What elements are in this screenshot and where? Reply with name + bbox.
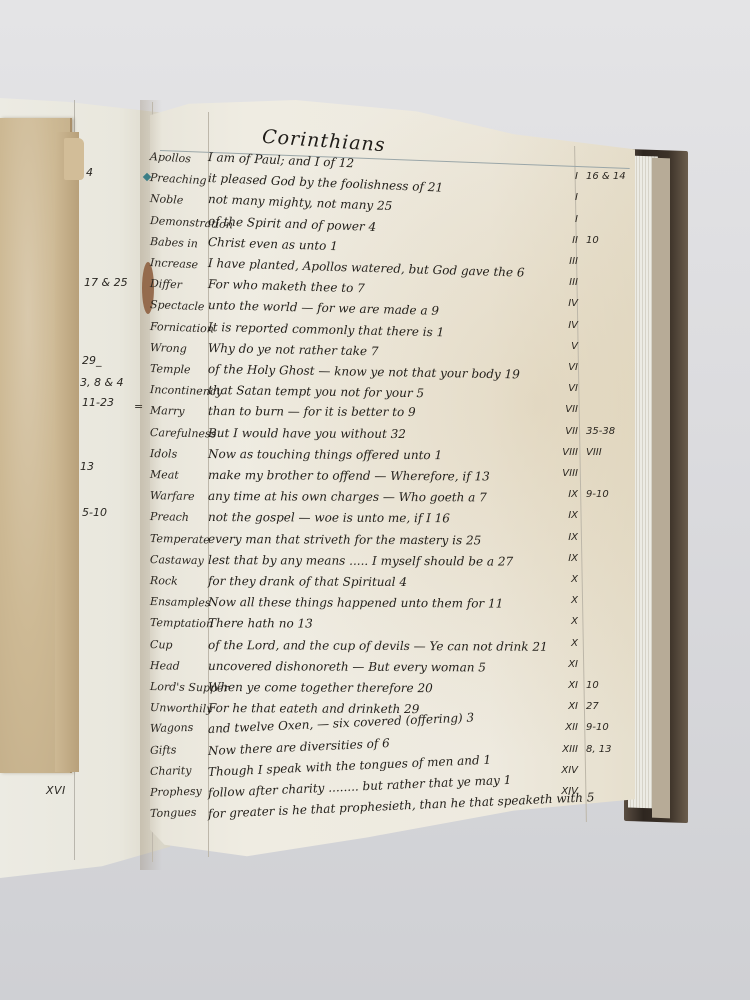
entry-row: Preachnot the gospel — woe is unto me, i… [0,510,750,532]
entry-row: WrongWhy do ye not rather take 7V [0,341,750,363]
entry-row: Cupof the Lord, and the cup of devils — … [0,638,750,660]
entry-row: Castawaylest that by any means ..... I m… [0,553,750,575]
entry-chapter: III [548,256,578,267]
entry-text: that Satan tempt you not for your 5 [208,383,424,400]
entry-text: I am of Paul; and I of 12 [208,150,355,170]
entry-chapter: XIV [548,765,578,776]
entry-text: every man that striveth for the mastery … [208,532,481,547]
entry-row: Meatmake my brother to offend — Wherefor… [0,468,750,490]
entry-chapter: VII [548,404,578,415]
entry-text: For who maketh thee to 7 [208,277,365,295]
entry-verses: 10 [586,235,599,246]
entry-keyword: Temptation [150,616,213,630]
entry-row: CarefulnessBut I would have you without … [0,426,750,448]
entry-chapter: I [548,192,578,203]
entry-text: There hath no 13 [208,616,313,631]
entry-keyword: Castaway [150,553,204,567]
entry-text: Now all these things happened unto them … [208,595,503,611]
entry-chapter: XI [548,680,578,691]
entry-text: It is reported commonly that there is 1 [208,320,445,339]
entry-text: I have planted, Apollos watered, but God… [208,256,525,280]
entry-keyword: Temperate [150,532,210,546]
entry-chapter: XII [548,722,578,733]
entry-chapter: IV [548,298,578,309]
entry-row: DifferFor who maketh thee to 7III [0,277,750,299]
entry-text: But I would have you without 32 [208,426,406,441]
entry-text: uncovered dishonoreth — But every woman … [208,659,486,674]
entry-verses: 16 & 14 [586,171,626,182]
entry-keyword: Marry [150,404,185,418]
entry-row: Templeof the Holy Ghost — know ye not th… [0,362,750,384]
entry-chapter: X [548,616,578,627]
entry-row: FornicationIt is reported commonly that … [0,320,750,342]
entry-keyword: Noble [150,192,184,207]
entry-chapter: IX [548,532,578,543]
entry-row: Marrythan to burn — for it is better to … [0,404,750,426]
entry-text: not the gospel — woe is unto me, if I 16 [208,510,450,525]
entry-verses: 35-38 [586,426,615,437]
entry-text: Why do ye not rather take 7 [208,341,379,358]
entry-text: of the Holy Ghost — know ye not that you… [208,362,520,381]
entry-chapter: VIII [548,447,578,458]
entry-keyword: Preaching [150,171,207,187]
entry-chapter: XI [548,701,578,712]
entry-row: Tonguesfor greater is he that prophesiet… [0,807,750,829]
entry-row: Preachingit pleased God by the foolishne… [0,171,750,193]
entry-chapter: I [548,171,578,182]
entry-text: lest that by any means ..... I myself sh… [208,553,513,569]
entry-keyword: Wrong [150,341,187,355]
entry-keyword: Warfare [150,489,195,503]
entry-verses: 10 [586,680,599,691]
entry-row: TemptationThere hath no 13X [0,616,750,638]
entry-chapter: X [548,595,578,606]
entry-chapter: II [548,235,578,246]
entry-keyword: Head [150,659,180,673]
entry-chapter: III [548,277,578,288]
entry-keyword: Preach [150,510,189,524]
entry-chapter: XI [548,659,578,670]
entry-keyword: Gifts [150,743,177,757]
entry-chapter: XIII [548,744,578,755]
entry-keyword: Wagons [150,721,194,735]
entry-row: Noblenot many mighty, not many 25I [0,192,750,214]
entry-chapter: VII [548,426,578,437]
entry-text: not many mighty, not many 25 [208,192,393,213]
entry-keyword: Unworthily [150,701,213,715]
entry-text: any time at his own charges — Who goeth … [208,489,487,504]
entry-verses: 9-10 [586,489,609,500]
entry-keyword: Increase [150,256,199,271]
entry-keyword: Spectacle [150,298,205,313]
entry-verses: 8, 13 [586,744,611,755]
entry-verses: VIII [586,447,602,458]
entry-keyword: Prophesy [150,785,202,799]
entry-keyword: Meat [150,468,179,482]
entry-row: Rockfor they drank of that Spiritual 4X [0,574,750,596]
entry-verses: 9-10 [586,722,609,733]
entry-row: IncreaseI have planted, Apollos watered,… [0,256,750,278]
entry-keyword: Cup [150,638,173,652]
manuscript-photo: 4///////////////////X/X/X/XXXXIXIXIXIIXI… [0,0,750,1000]
entry-chapter: IX [548,489,578,500]
entry-chapter: X [548,638,578,649]
entry-chapter: I [548,214,578,225]
entry-keyword: Temple [150,362,191,376]
entry-keyword: Fornication [150,320,214,336]
entry-text: Now as touching things offered unto 1 [208,447,442,462]
entry-chapter: VI [548,383,578,394]
entry-text: than to burn — for it is better to 9 [208,404,416,419]
entry-row: Warfareany time at his own charges — Who… [0,489,750,511]
entry-text: it pleased God by the foolishness of 21 [208,171,444,195]
entry-row: Temperateevery man that striveth for the… [0,532,750,554]
entry-chapter: X [548,574,578,585]
entry-text: make my brother to offend — Wherefore, i… [208,468,490,483]
entry-chapter: VIII [548,468,578,479]
entry-keyword: Idols [150,447,177,461]
entry-chapter: IX [548,553,578,564]
entry-row: IdolsNow as touching things offered unto… [0,447,750,469]
entry-keyword: Rock [150,574,178,588]
entry-text: When ye come together therefore 20 [208,680,433,695]
entry-text: Christ even as unto 1 [208,235,338,253]
entry-row: Spectacleunto the world — for we are mad… [0,298,750,320]
entry-keyword: Babes in [150,235,199,250]
entry-row: Babes inChrist even as unto 1II10 [0,235,750,257]
entry-keyword: Carefulness [150,426,217,441]
entry-keyword: Differ [150,277,182,291]
entry-chapter: IX [548,510,578,521]
entry-chapter: IV [548,320,578,331]
entry-text: of the Spirit and of power 4 [208,214,377,234]
entry-keyword: Ensamples [150,595,211,609]
entry-keyword: Tongues [150,806,197,820]
entry-chapter: V [548,341,578,352]
entry-text: for they drank of that Spiritual 4 [208,574,407,589]
entry-text: of the Lord, and the cup of devils — Ye … [208,638,548,654]
entry-chapter: VI [548,362,578,373]
entry-row: EnsamplesNow all these things happened u… [0,595,750,617]
entry-row: Demonstrationof the Spirit and of power … [0,214,750,236]
entry-keyword: Apollos [150,150,192,165]
entry-row: ApollosI am of Paul; and I of 12 [0,150,750,172]
entry-row: Headuncovered dishonoreth — But every wo… [0,659,750,681]
entry-verses: 27 [586,701,599,712]
entry-text: unto the world — for we are made a 9 [208,298,439,318]
entry-row: Incontinencythat Satan tempt you not for… [0,383,750,405]
entry-row: Lord's SupperWhen ye come together there… [0,680,750,702]
entry-keyword: Charity [150,764,192,778]
